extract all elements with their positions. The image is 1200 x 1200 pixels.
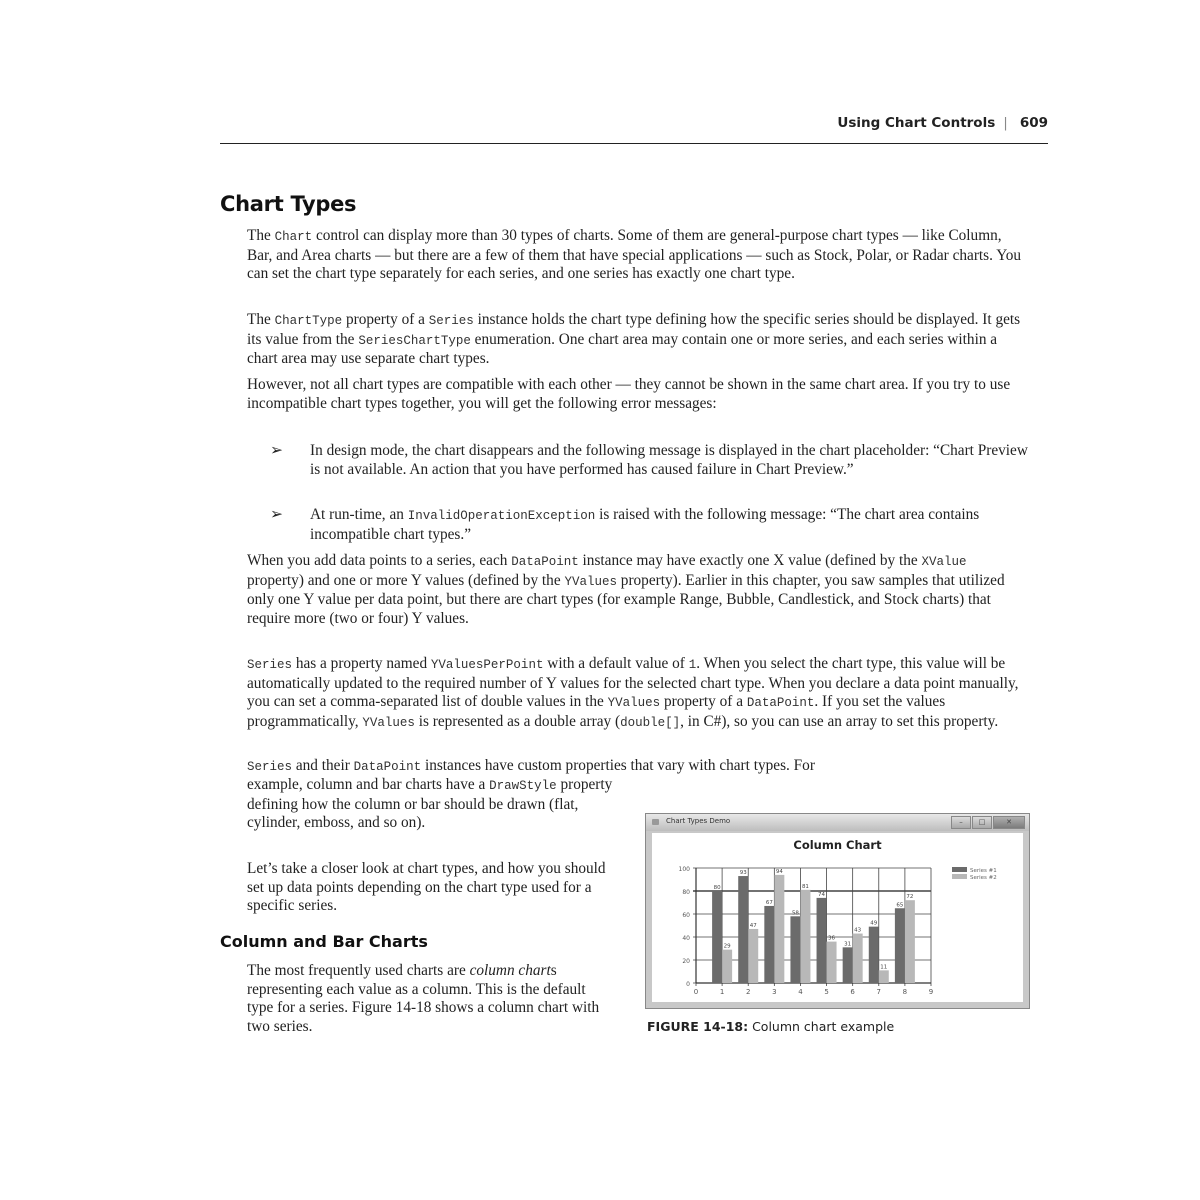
svg-text:74: 74 (818, 892, 825, 898)
figure-caption: FIGURE 14-18: Column chart example (647, 1019, 894, 1034)
svg-text:100: 100 (679, 866, 691, 873)
svg-text:11: 11 (880, 964, 887, 970)
svg-text:67: 67 (766, 900, 773, 906)
page-number: 609 (1020, 115, 1048, 131)
window-titlebar[interactable]: Chart Types Demo – □ ✕ (646, 814, 1029, 831)
paragraph-5: Series has a property named YValuesPerPo… (247, 655, 1032, 732)
svg-text:0: 0 (694, 988, 698, 996)
svg-text:Series #1: Series #1 (970, 868, 997, 874)
svg-text:1: 1 (720, 988, 724, 996)
paragraph-1: The Chart control can display more than … (247, 227, 1027, 284)
svg-text:43: 43 (854, 928, 861, 934)
svg-text:47: 47 (750, 923, 757, 929)
header-rule (220, 143, 1048, 144)
subsection-paragraph: The most frequently used charts are colu… (247, 962, 607, 1036)
maximize-button[interactable]: □ (972, 816, 992, 829)
svg-text:93: 93 (740, 870, 747, 876)
chart-demo-window: Chart Types Demo – □ ✕ Column Chart 0204… (645, 813, 1030, 1009)
paragraph-4: When you add data points to a series, ea… (247, 552, 1022, 628)
svg-text:40: 40 (682, 935, 690, 942)
svg-text:80: 80 (714, 885, 721, 891)
svg-text:0: 0 (686, 981, 690, 988)
svg-text:20: 20 (682, 958, 690, 965)
header-separator: | (1003, 115, 1008, 131)
bullet-arrow-icon: ➢ (270, 442, 283, 461)
svg-text:3: 3 (772, 988, 776, 996)
svg-text:81: 81 (802, 884, 809, 890)
section-title: Chart Types (220, 192, 356, 216)
svg-text:2: 2 (746, 988, 750, 996)
minimize-button[interactable]: – (951, 816, 971, 829)
paragraph-2: The ChartType property of a Series insta… (247, 311, 1027, 369)
figure-caption-text: Column chart example (752, 1019, 894, 1034)
svg-text:6: 6 (850, 988, 855, 996)
svg-text:8: 8 (903, 988, 907, 996)
figure-label: FIGURE 14-18: (647, 1019, 748, 1034)
svg-text:58: 58 (792, 910, 799, 916)
svg-text:49: 49 (870, 921, 877, 927)
svg-text:94: 94 (776, 869, 783, 875)
svg-text:5: 5 (824, 988, 828, 996)
paragraph-6-cont: example, column and bar charts have a Dr… (247, 776, 617, 833)
paragraph-6: Series and their DataPoint instances hav… (247, 757, 1027, 777)
running-head: Using Chart Controls|609 (837, 115, 1048, 131)
svg-text:65: 65 (896, 902, 903, 908)
svg-text:Series #2: Series #2 (970, 875, 997, 881)
close-button[interactable]: ✕ (993, 816, 1025, 829)
column-chart: 0204060801000123456789802993476794588174… (652, 833, 1025, 1004)
subsection-title: Column and Bar Charts (220, 932, 428, 951)
svg-text:31: 31 (844, 941, 851, 947)
paragraph-3: However, not all chart types are compati… (247, 376, 1027, 413)
svg-text:60: 60 (682, 912, 690, 919)
bullet-arrow-icon: ➢ (270, 506, 283, 525)
svg-text:29: 29 (724, 944, 731, 950)
svg-text:72: 72 (906, 894, 913, 900)
svg-text:36: 36 (828, 936, 835, 942)
svg-text:9: 9 (929, 988, 933, 996)
svg-text:80: 80 (682, 889, 690, 896)
bullet-item-2: At run-time, an InvalidOperationExceptio… (310, 506, 1000, 544)
running-title: Using Chart Controls (837, 115, 995, 131)
chart-area: Column Chart 020406080100012345678980299… (652, 833, 1023, 1002)
app-icon (652, 819, 659, 825)
svg-text:7: 7 (877, 988, 881, 996)
svg-text:4: 4 (798, 988, 803, 996)
paragraph-7: Let’s take a closer look at chart types,… (247, 860, 622, 916)
bullet-item-1: In design mode, the chart disappears and… (310, 442, 1028, 479)
window-title: Chart Types Demo (666, 817, 730, 825)
